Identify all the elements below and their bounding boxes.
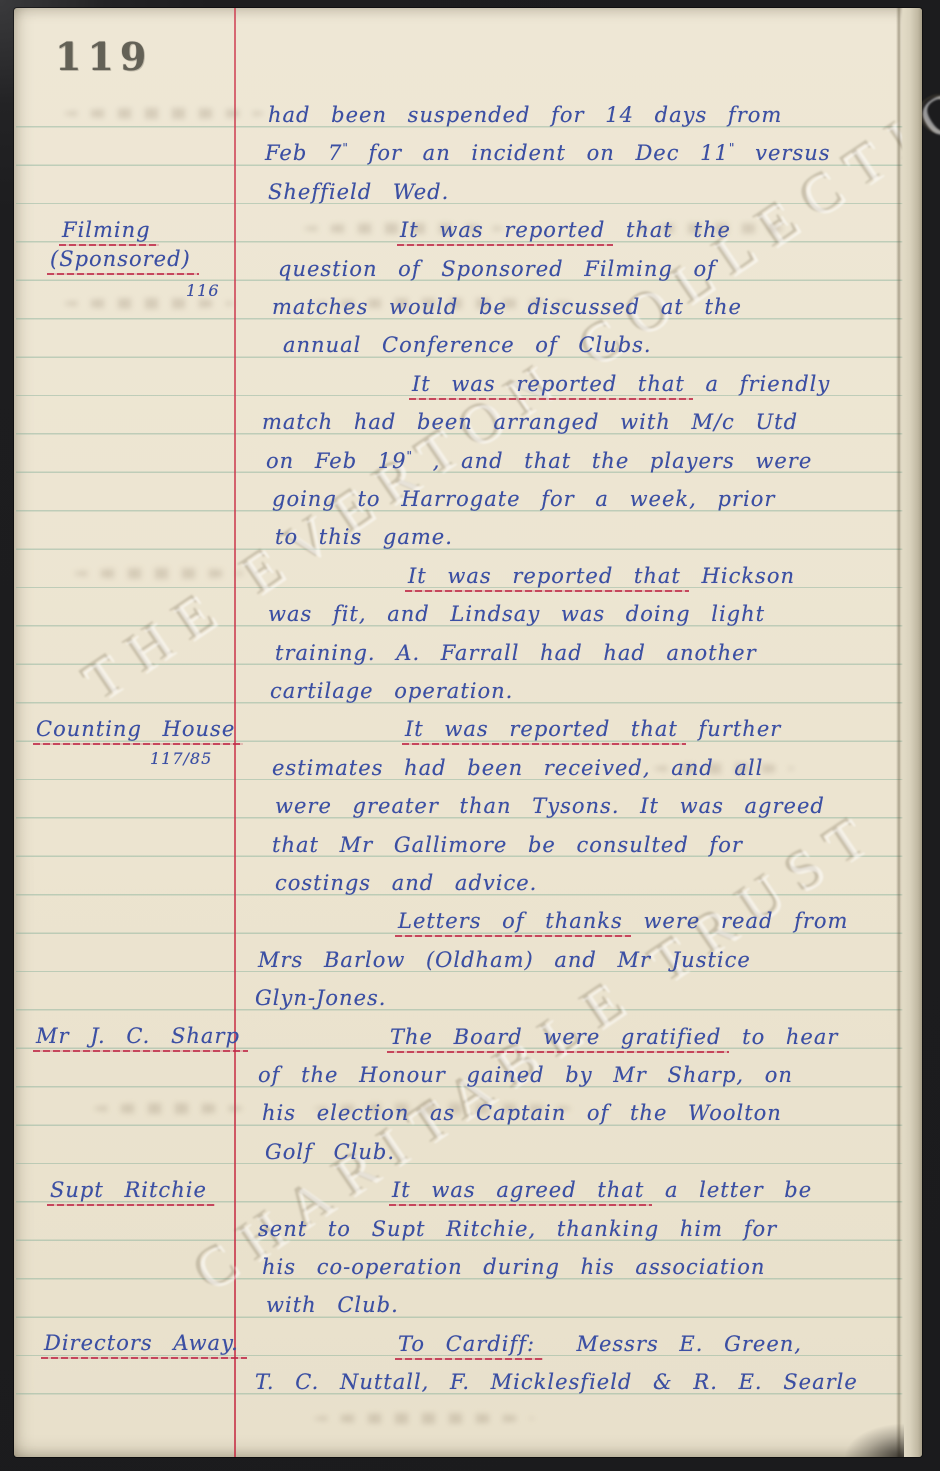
handwriting-text: Sheffield Wed. <box>268 180 449 204</box>
handwriting-text: annual Conference of Clubs. <box>283 333 652 357</box>
underlined-phrase: Supt Ritchie <box>50 1178 207 1202</box>
handwriting-text: were greater than Tysons. It was agreed <box>275 794 825 818</box>
handwriting-text: match had been arranged with M/c Utd <box>262 410 798 434</box>
handwriting-line: It was agreed that a letter be <box>392 1178 812 1202</box>
handwriting-line: To Cardiff: Messrs E. Green, <box>398 1332 802 1356</box>
handwriting-text: further <box>678 717 781 741</box>
handwriting-line: sent to Supt Ritchie, thanking him for <box>258 1217 777 1241</box>
handwriting-text: 117/85 <box>150 749 212 768</box>
handwriting-line: his co-operation during his association <box>262 1255 765 1279</box>
handwriting-text: versus <box>734 141 830 165</box>
handwriting-text: , and that the players were <box>412 449 812 473</box>
handwritten-content: Filming(Sponsored)116Counting House117/8… <box>0 0 940 1471</box>
handwriting-line: his election as Captain of the Woolton <box>262 1101 782 1125</box>
handwriting-line: It was reported that Hickson <box>408 564 795 588</box>
handwriting-text: a friendly <box>685 372 830 396</box>
underlined-phrase: To Cardiff: <box>398 1332 535 1356</box>
handwriting-line: with Club. <box>266 1293 399 1317</box>
handwriting-text: his co-operation during his association <box>262 1255 765 1279</box>
handwriting-line: Feb 7" for an incident on Dec 11" versus <box>265 141 831 165</box>
handwriting-text: Golf Club. <box>265 1140 395 1164</box>
handwriting-text: cartilage operation. <box>270 679 513 703</box>
handwriting-line: question of Sponsored Filming of <box>278 257 716 281</box>
handwriting-text: estimates had been received, and all <box>272 756 763 780</box>
handwriting-text: were read from <box>623 909 849 933</box>
handwriting-text: of the Honour gained by Mr Sharp, on <box>258 1063 793 1087</box>
handwriting-line: Glyn-Jones. <box>255 986 386 1010</box>
underlined-phrase: It was reported that <box>405 717 678 741</box>
handwriting-text: to this game. <box>275 525 453 549</box>
handwriting-line: annual Conference of Clubs. <box>283 333 652 357</box>
handwriting-text: that Mr Gallimore be consulted for <box>272 833 743 857</box>
handwriting-text: costings and advice. <box>275 871 537 895</box>
handwriting-line: Letters of thanks were read from <box>398 909 848 933</box>
margin-note: Filming <box>62 218 151 242</box>
handwriting-line: to this game. <box>275 525 453 549</box>
handwriting-line: had been suspended for 14 days from <box>268 103 782 127</box>
margin-note: Mr J. C. Sharp <box>36 1024 240 1048</box>
handwriting-line: matches would be discussed at the <box>272 295 742 319</box>
handwriting-line: The Board were gratified to hear <box>390 1025 838 1049</box>
handwriting-text: on Feb 19 <box>266 449 407 473</box>
handwriting-text: T. C. Nuttall, F. Micklesfield & R. E. S… <box>255 1370 858 1394</box>
handwriting-line: going to Harrogate for a week, prior <box>272 487 775 511</box>
margin-note: Counting House <box>36 717 235 741</box>
underlined-phrase: Letters of thanks <box>398 909 623 933</box>
underlined-phrase: Mr J. C. Sharp <box>36 1024 240 1048</box>
handwriting-line: It was reported that further <box>405 717 781 741</box>
handwriting-text: to hear <box>721 1025 838 1049</box>
underlined-phrase: (Sponsored) <box>50 247 191 271</box>
photo-backdrop: THE EVERTON COLLECTION CHARITABLE TRUST … <box>0 0 940 1471</box>
underlined-phrase: It was agreed that <box>392 1178 644 1202</box>
underlined-phrase: It was reported <box>400 218 605 242</box>
handwriting-text: his election as Captain of the Woolton <box>262 1101 782 1125</box>
handwriting-text: training. A. Farrall had had another <box>275 641 757 665</box>
handwriting-line: match had been arranged with M/c Utd <box>262 410 798 434</box>
handwriting-text: Glyn-Jones. <box>255 986 386 1010</box>
handwriting-line: was fit, and Lindsay was doing light <box>268 602 765 626</box>
handwriting-line: T. C. Nuttall, F. Micklesfield & R. E. S… <box>255 1370 858 1394</box>
handwriting-text: Feb 7 <box>265 141 342 165</box>
margin-note: Supt Ritchie <box>50 1178 207 1202</box>
underlined-phrase: Directors Away. <box>44 1331 239 1355</box>
handwriting-text: for an incident on Dec 11 <box>348 141 729 165</box>
handwriting-text: 116 <box>186 281 220 300</box>
handwriting-text: Mrs Barlow (Oldham) and Mr Justice <box>258 948 751 972</box>
margin-note: 116 <box>186 281 220 300</box>
handwriting-text: question of Sponsored Filming of <box>278 257 716 281</box>
handwriting-line: Mrs Barlow (Oldham) and Mr Justice <box>258 948 751 972</box>
underlined-phrase: Filming <box>62 218 151 242</box>
handwriting-text: was fit, and Lindsay was doing light <box>268 602 765 626</box>
handwriting-line: It was reported that a friendly <box>412 372 830 396</box>
handwriting-line: Sheffield Wed. <box>268 180 449 204</box>
margin-note: (Sponsored) <box>50 247 191 271</box>
handwriting-text: with Club. <box>266 1293 399 1317</box>
handwriting-text: had been suspended for 14 days from <box>268 103 782 127</box>
handwriting-line: costings and advice. <box>275 871 537 895</box>
handwriting-text: that the <box>605 218 731 242</box>
underlined-phrase: It was reported that <box>412 372 685 396</box>
margin-note: Directors Away. <box>44 1331 239 1355</box>
handwriting-text: Messrs E. Green, <box>535 1332 802 1356</box>
handwriting-line: It was reported that the <box>400 218 731 242</box>
handwriting-text: sent to Supt Ritchie, thanking him for <box>258 1217 777 1241</box>
handwriting-text: going to Harrogate for a week, prior <box>272 487 775 511</box>
underlined-phrase: The Board were gratified <box>390 1025 721 1049</box>
handwriting-line: Golf Club. <box>265 1140 395 1164</box>
handwriting-line: that Mr Gallimore be consulted for <box>272 833 743 857</box>
handwriting-text: a letter be <box>644 1178 812 1202</box>
handwriting-line: were greater than Tysons. It was agreed <box>275 794 825 818</box>
margin-note: 117/85 <box>150 749 212 768</box>
handwriting-text: matches would be discussed at the <box>272 295 742 319</box>
handwriting-line: estimates had been received, and all <box>272 756 763 780</box>
handwriting-line: cartilage operation. <box>270 679 513 703</box>
underlined-phrase: Counting House <box>36 717 235 741</box>
handwriting-line: of the Honour gained by Mr Sharp, on <box>258 1063 793 1087</box>
underlined-phrase: It was reported that <box>408 564 681 588</box>
handwriting-line: training. A. Farrall had had another <box>275 641 757 665</box>
handwriting-line: on Feb 19" , and that the players were <box>266 449 812 473</box>
handwriting-text: Hickson <box>681 564 795 588</box>
